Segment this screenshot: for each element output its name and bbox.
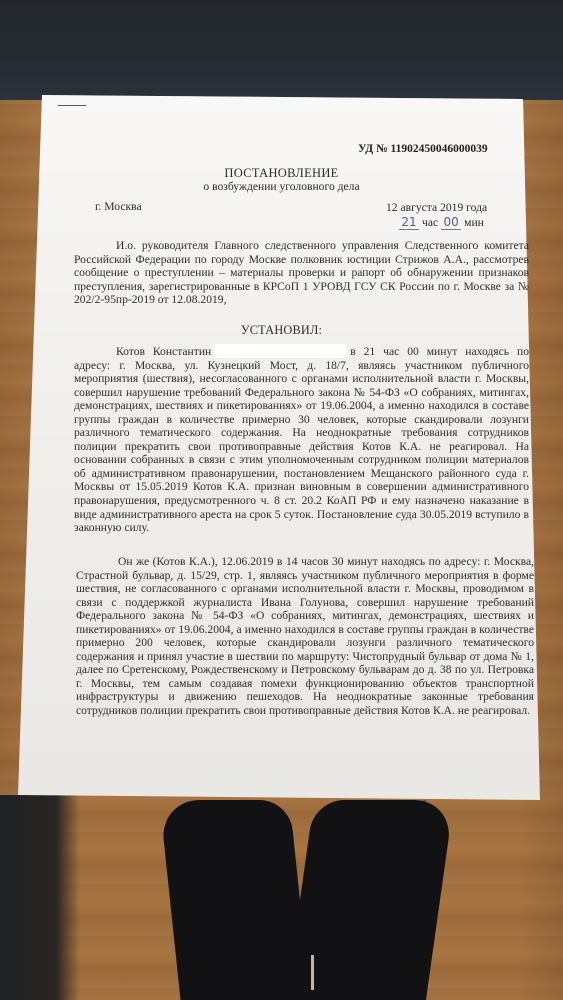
section-heading: УСТАНОВИЛ: <box>0 323 563 338</box>
minutes-label: мин <box>464 216 484 229</box>
document-subtitle: о возбуждении уголовного дела <box>0 180 563 193</box>
paragraph-2-start: Котов Константин <box>116 345 211 358</box>
case-number: УД № 11902450046000039 <box>358 143 488 155</box>
zipper-highlight <box>311 955 314 990</box>
paragraph-3-text: Он же (Котов К.А.), 12.06.2019 в 14 часо… <box>76 555 534 718</box>
intro-paragraph: И.о. руководителя Главного следственного… <box>74 239 529 307</box>
dark-surface-background <box>0 0 563 100</box>
document-city: г. Москва <box>95 200 142 213</box>
handwritten-hours: 21 <box>399 215 419 230</box>
top-left-mark <box>58 105 86 106</box>
dark-object-left <box>0 795 80 1000</box>
paragraph-2-rest: в 21 час 00 минут находясь по адресу: г.… <box>74 345 529 534</box>
paragraph-2-text: Котов Константинв 21 час 00 минут находя… <box>74 344 529 535</box>
intro-paragraph-text: И.о. руководителя Главного следственного… <box>74 239 529 307</box>
redaction-box <box>214 344 347 358</box>
paragraph-3: Он же (Котов К.А.), 12.06.2019 в 14 часо… <box>76 555 534 718</box>
paragraph-2: Котов Константинв 21 час 00 минут находя… <box>74 344 529 535</box>
handwritten-minutes: 00 <box>441 215 461 230</box>
document-date: 12 августа 2019 года <box>386 201 487 214</box>
document-time: 21час00мин <box>396 215 484 230</box>
hours-label: час <box>422 216 438 229</box>
leg-left <box>159 800 310 1000</box>
document-title: ПОСТАНОВЛЕНИЕ <box>0 166 563 181</box>
